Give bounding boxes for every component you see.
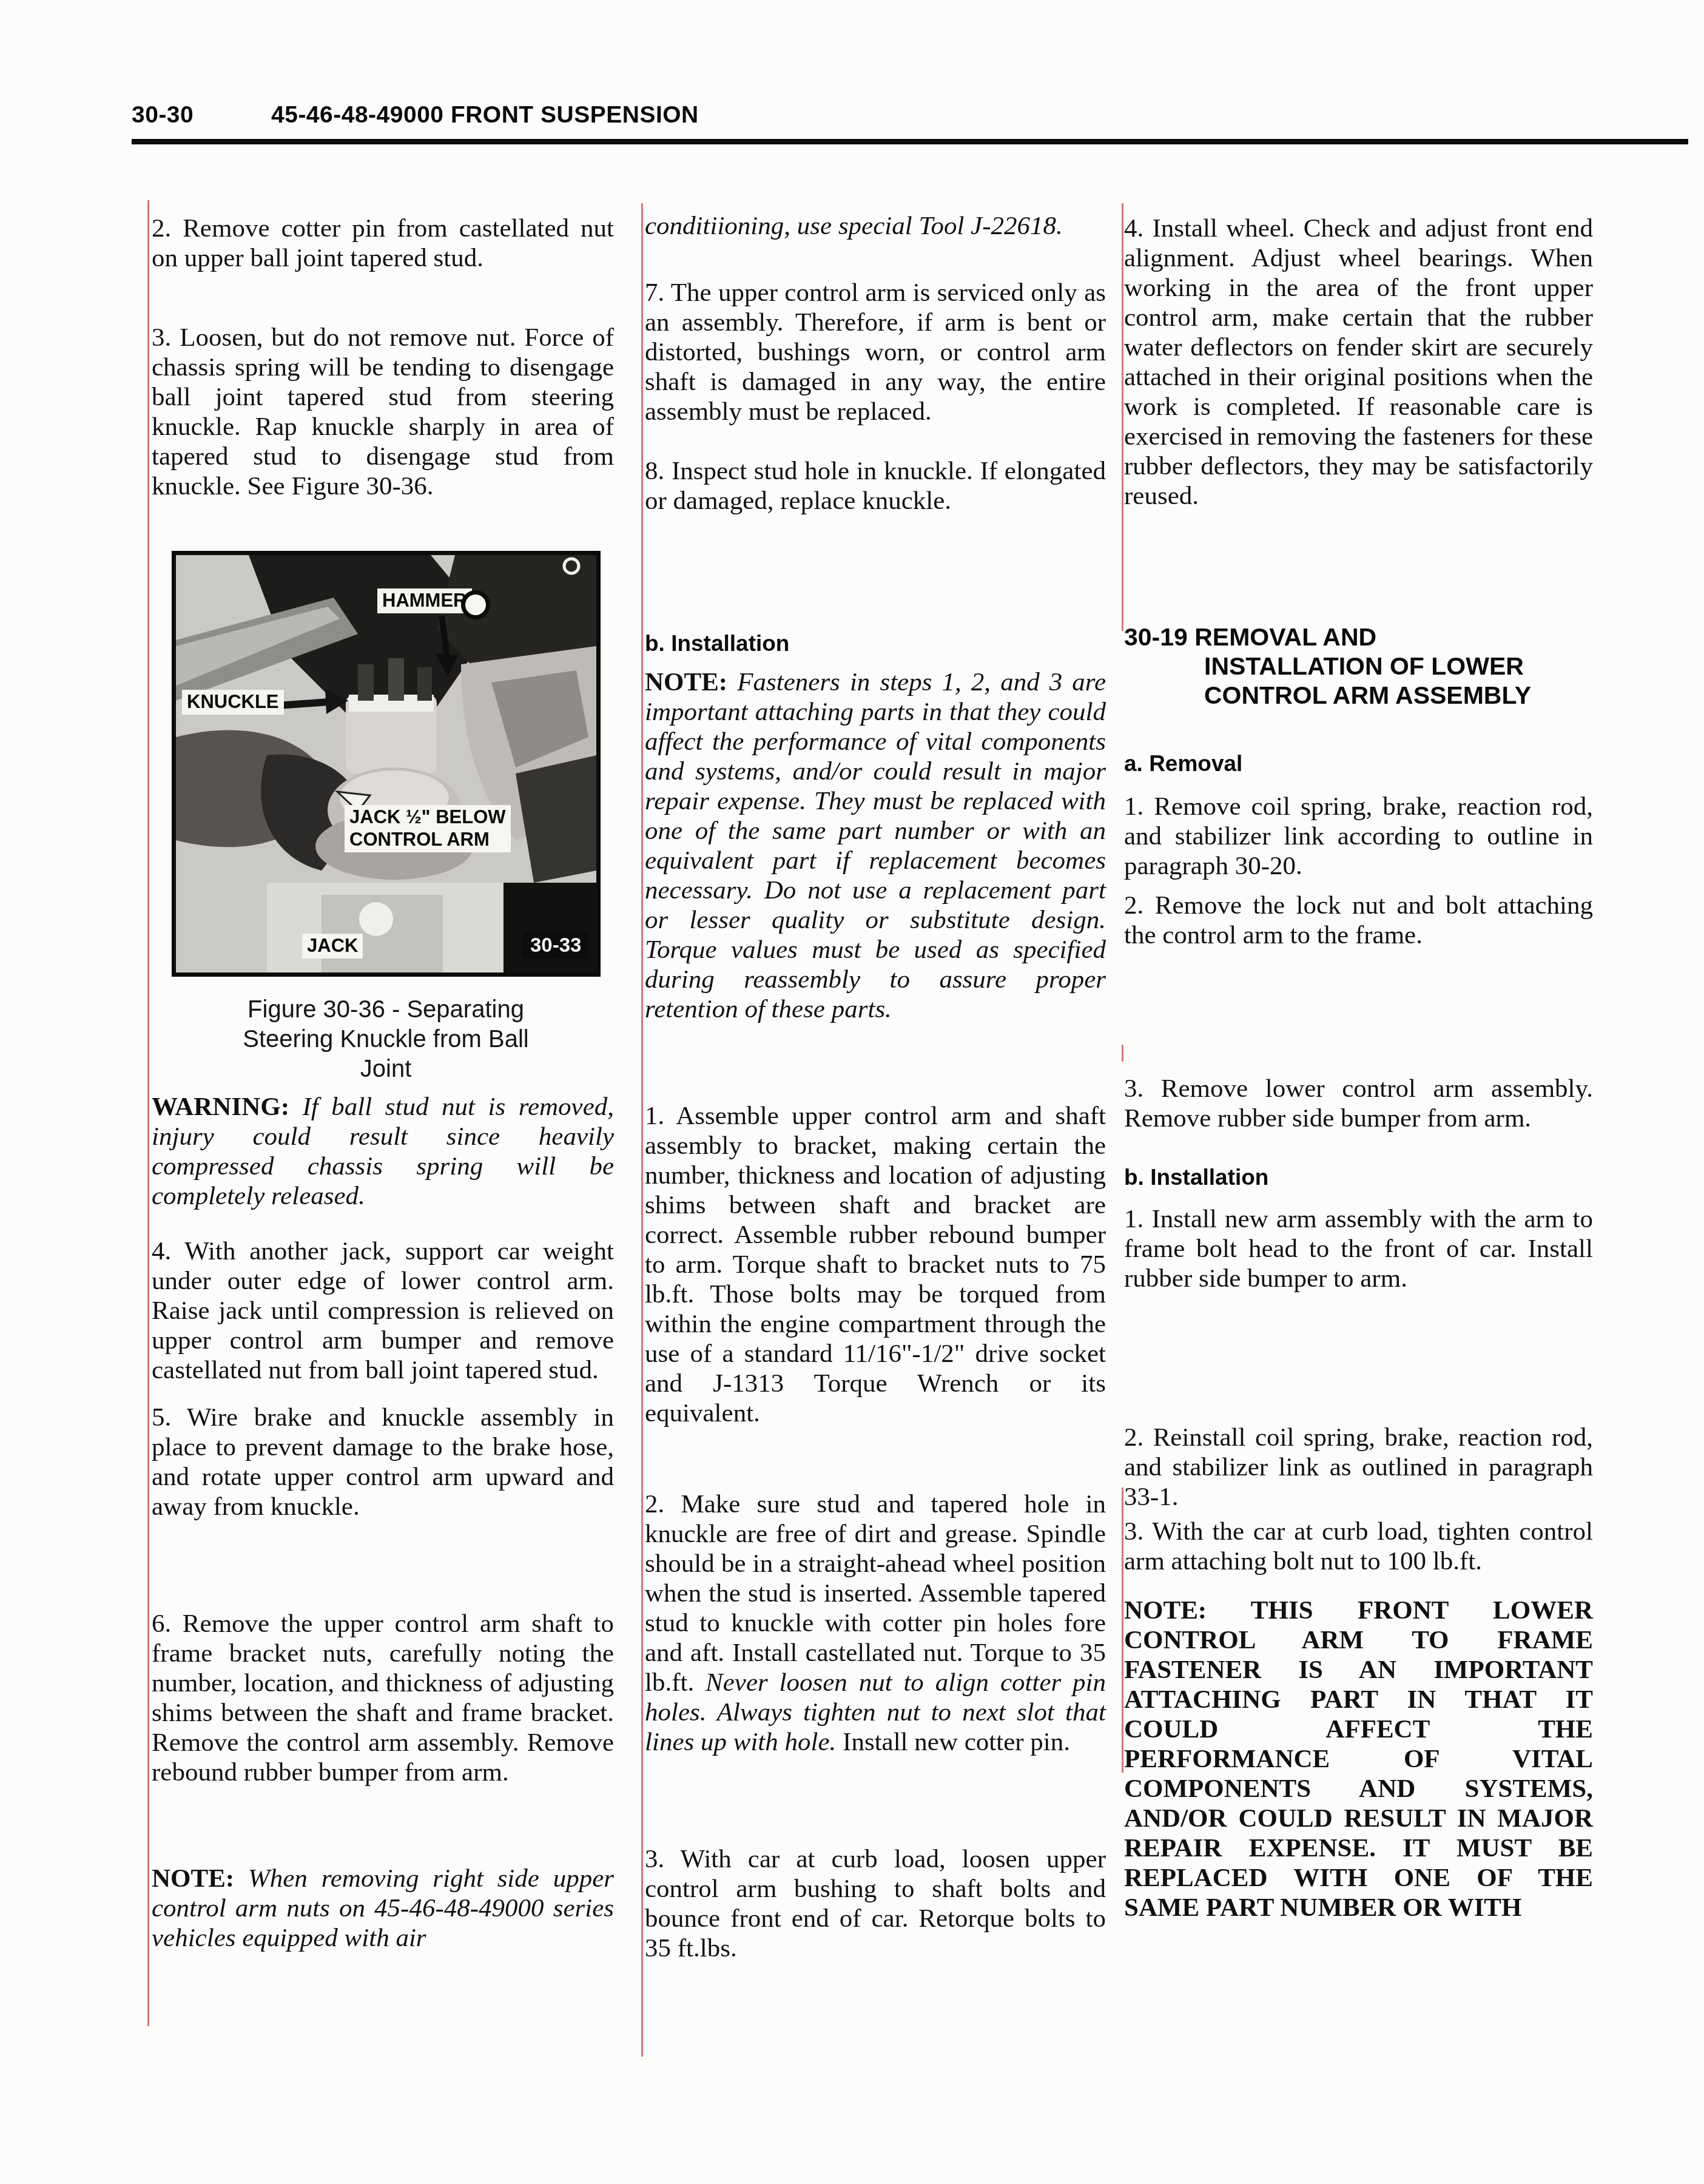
figure-label-jack-below-line2: CONTROL ARM bbox=[349, 829, 490, 850]
scan-artifact-line bbox=[1122, 1488, 1123, 1773]
install-step-3-col3-paragraph: 3. With the car at curb load, tighten co… bbox=[1124, 1517, 1593, 1576]
section-heading-line2: INSTALLATION OF LOWER bbox=[1204, 652, 1531, 681]
note-label: NOTE: bbox=[645, 668, 727, 696]
page-title: 45-46-48-49000 FRONT SUSPENSION bbox=[271, 102, 699, 129]
scan-artifact-line bbox=[1122, 203, 1123, 631]
figure-hammer-ring-icon bbox=[461, 590, 490, 619]
warning-paragraph: WARNING: If ball stud nut is removed, in… bbox=[152, 1092, 614, 1211]
install-step-3-paragraph: 3. With car at curb load, loosen upper c… bbox=[645, 1844, 1106, 1963]
removal-step-1-paragraph: 1. Remove coil spring, brake, reaction r… bbox=[1124, 792, 1593, 881]
figure-photo bbox=[176, 555, 596, 972]
figure-30-36: HAMMER KNUCKLE JACK ½" BELOWCONTROL ARM … bbox=[172, 551, 601, 977]
scan-artifact-line bbox=[1122, 1045, 1123, 1062]
figure-label-hammer: HAMMER bbox=[377, 588, 472, 613]
step-2-paragraph: 2. Remove cotter pin from castellated nu… bbox=[152, 214, 614, 273]
continued-note-paragraph: conditiioning, use special Tool J-22618. bbox=[645, 211, 1106, 241]
step-4-wheel-paragraph: 4. Install wheel. Check and adjust front… bbox=[1124, 214, 1593, 511]
removal-heading: a. Removal bbox=[1124, 751, 1242, 777]
note-text: THIS FRONT LOWER CONTROL ARM TO FRAME FA… bbox=[1124, 1596, 1593, 1922]
install-step-1-paragraph: 1. Assemble upper control arm and shaft … bbox=[645, 1101, 1106, 1428]
figure-label-knuckle: KNUCKLE bbox=[182, 690, 284, 715]
step-6-paragraph: 6. Remove the upper control arm shaft to… bbox=[152, 1609, 614, 1787]
manual-page: 30-30 45-46-48-49000 FRONT SUSPENSION 2.… bbox=[0, 0, 1704, 2184]
removal-step-3-paragraph: 3. Remove lower control arm assembly. Re… bbox=[1124, 1074, 1593, 1133]
page-number: 30-30 bbox=[132, 102, 194, 129]
removal-step-2-paragraph: 2. Remove the lock nut and bolt attachin… bbox=[1124, 891, 1593, 950]
figure-number-badge: 30-33 bbox=[523, 931, 588, 959]
installation-heading-col2: b. Installation bbox=[645, 631, 789, 656]
step-3-paragraph: 3. Loosen, but do not remove nut. Force … bbox=[152, 323, 614, 501]
note-paragraph-col2: NOTE: Fasteners in steps 1, 2, and 3 are… bbox=[645, 667, 1106, 1024]
scan-artifact-line bbox=[147, 200, 149, 2026]
scan-artifact-line bbox=[641, 203, 643, 2057]
section-heading-line1: 30-19 REMOVAL AND bbox=[1124, 622, 1531, 652]
step-4-paragraph: 4. With another jack, support car weight… bbox=[152, 1236, 614, 1385]
warning-label: WARNING: bbox=[152, 1093, 289, 1121]
step-5-paragraph: 5. Wire brake and knuckle assembly in pl… bbox=[152, 1403, 614, 1522]
install-step-1-col3-paragraph: 1. Install new arm assembly with the arm… bbox=[1124, 1204, 1593, 1293]
installation-heading-col3: b. Installation bbox=[1124, 1165, 1268, 1190]
step-2-end-text: Install new cotter pin. bbox=[843, 1728, 1070, 1756]
figure-label-jack-below-line1: JACK ½" BELOW bbox=[349, 806, 506, 827]
step-2-normal-text: 2. Make sure stud and tapered hole in kn… bbox=[645, 1490, 1106, 1697]
step-8-paragraph: 8. Inspect stud hole in knuckle. If elon… bbox=[645, 456, 1106, 516]
note-label: NOTE: bbox=[1124, 1596, 1207, 1625]
install-step-2-col3-paragraph: 2. Reinstall coil spring, brake, reactio… bbox=[1124, 1423, 1593, 1512]
figure-label-jack: JACK bbox=[302, 934, 363, 959]
step-7-paragraph: 7. The upper control arm is serviced onl… bbox=[645, 278, 1106, 426]
section-30-19-heading: 30-19 REMOVAL AND INSTALLATION OF LOWER … bbox=[1124, 622, 1531, 710]
section-heading-line3: CONTROL ARM ASSEMBLY bbox=[1204, 681, 1531, 710]
install-step-2-paragraph: 2. Make sure stud and tapered hole in kn… bbox=[645, 1489, 1106, 1757]
note-label: NOTE: bbox=[152, 1864, 234, 1893]
note-paragraph-col3: NOTE: THIS FRONT LOWER CONTROL ARM TO FR… bbox=[1124, 1596, 1593, 1923]
figure-label-jack-below: JACK ½" BELOWCONTROL ARM bbox=[345, 805, 511, 852]
header-rule bbox=[132, 139, 1688, 144]
note-text: Fasteners in steps 1, 2, and 3 are impor… bbox=[645, 668, 1106, 1023]
note-paragraph-col1: NOTE: When removing right side upper con… bbox=[152, 1864, 614, 1953]
figure-caption: Figure 30-36 - Separating Steering Knuck… bbox=[216, 995, 556, 1084]
